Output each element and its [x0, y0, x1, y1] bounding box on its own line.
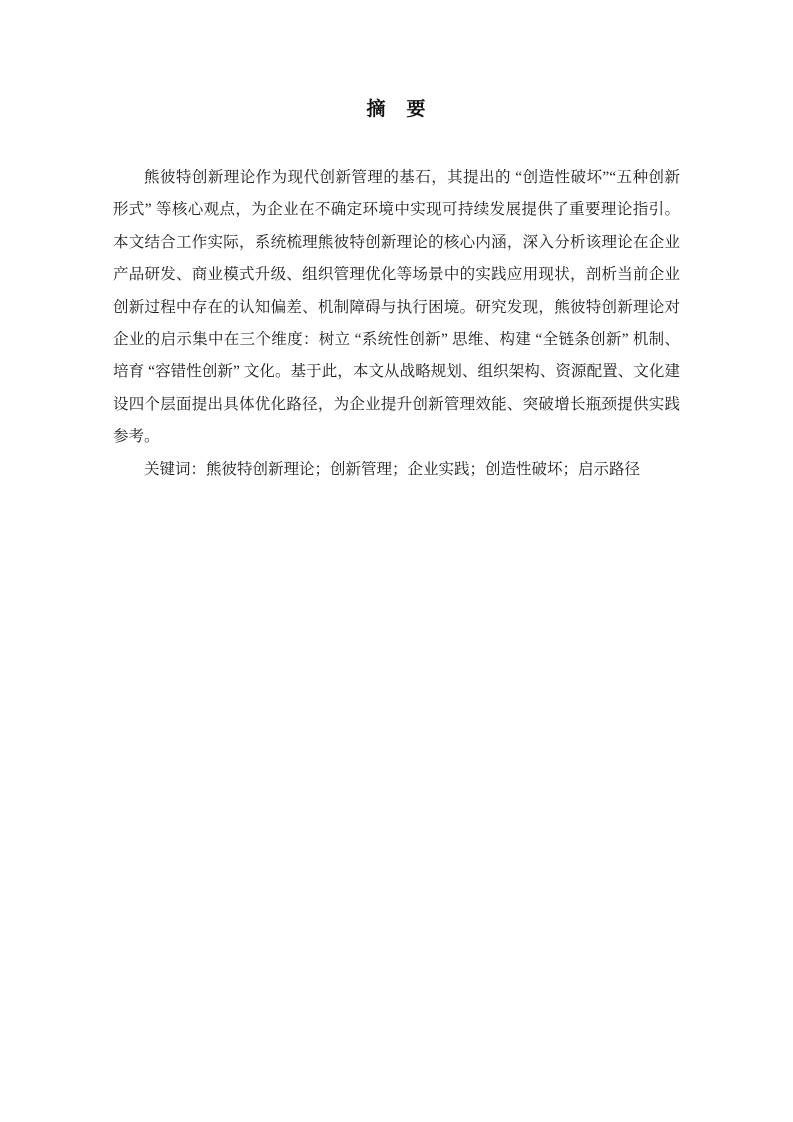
document-page: 摘 要 熊彼特创新理论作为现代创新管理的基石，其提出的 “创造性破坏”“五种创新… [0, 0, 793, 1122]
page-title: 摘 要 [113, 97, 680, 123]
abstract-paragraph: 熊彼特创新理论作为现代创新管理的基石，其提出的 “创造性破坏”“五种创新形式” … [113, 162, 680, 454]
keywords-line: 关键词：熊彼特创新理论；创新管理；企业实践；创造性破坏；启示路径 [113, 454, 680, 486]
